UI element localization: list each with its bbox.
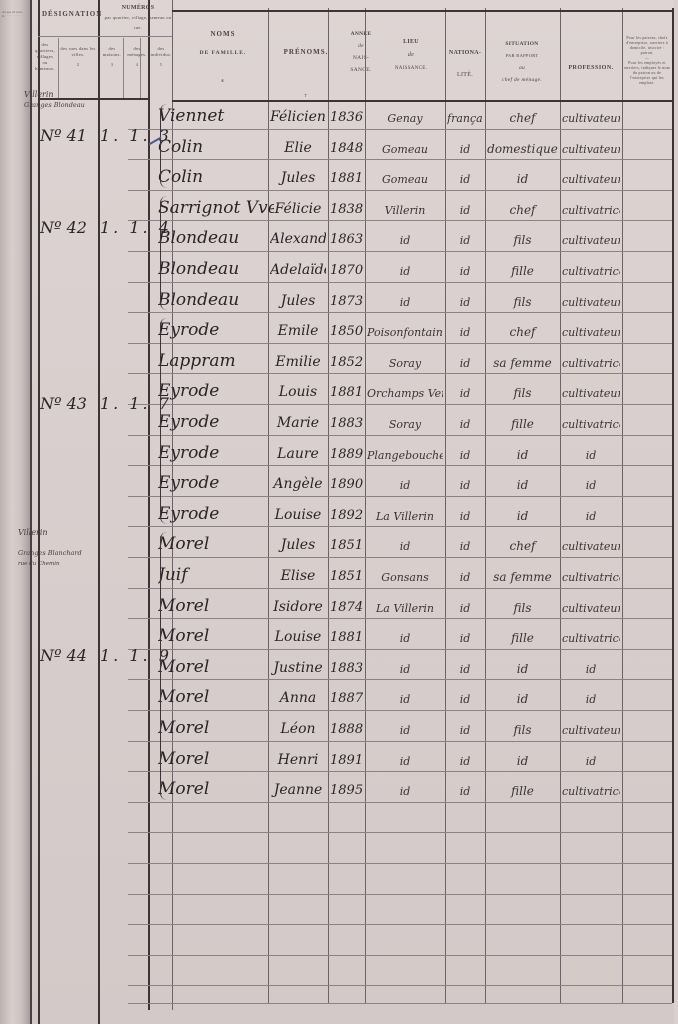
- household-relation: fils: [487, 233, 558, 247]
- surname: Viennet: [158, 106, 274, 126]
- household-relation: sa femme: [487, 570, 558, 584]
- household-relation: fils: [487, 386, 558, 400]
- row-rule: [128, 863, 672, 864]
- household-relation: domestique: [487, 142, 558, 156]
- birth-year: 1870: [330, 263, 363, 278]
- nationality: id: [447, 479, 483, 492]
- nationality: id: [447, 387, 483, 400]
- nationality: id: [447, 602, 483, 615]
- birthplace: Poisonfontaine: [367, 326, 443, 339]
- header-situation: SITUATIONPAR RAPPORTauchef de ménage.: [485, 38, 559, 86]
- first-name: Jules: [270, 170, 326, 186]
- profession: cultivatrice: [562, 357, 620, 370]
- row-rule: [128, 526, 672, 527]
- column-number: 5: [150, 62, 172, 68]
- nationality: id: [447, 265, 483, 278]
- first-name: Félicie: [270, 201, 326, 217]
- first-name: Louise: [270, 629, 326, 645]
- surname: Colin: [158, 137, 274, 157]
- birth-year: 1895: [330, 783, 363, 798]
- profession: cultivateur: [562, 234, 620, 247]
- birthplace: Gomeau: [367, 173, 443, 186]
- first-name: Isidore: [270, 599, 326, 615]
- header-individus-label: des individus.: [151, 46, 172, 57]
- header-prenoms: PRÉNOMS.7: [268, 48, 344, 100]
- first-name: Léon: [270, 721, 326, 737]
- household-relation: fils: [487, 723, 558, 737]
- household-relation: chef: [487, 325, 558, 339]
- nationality: id: [447, 204, 483, 217]
- header-lieu-sub2: NAISSANCE.: [395, 66, 427, 71]
- row-rule: [128, 771, 672, 772]
- nationality: id: [447, 693, 483, 706]
- birthplace: id: [367, 785, 443, 798]
- nationality: id: [447, 663, 483, 676]
- birthplace: id: [367, 663, 443, 676]
- nationality: id: [447, 357, 483, 370]
- household-relation: sa femme: [487, 356, 558, 370]
- birth-year: 1888: [330, 722, 363, 737]
- column-number: 2: [60, 62, 96, 68]
- header-designation-rues: des rues dans les villes.2: [60, 46, 96, 68]
- household-bracket: [160, 318, 167, 524]
- household-relation: chef: [487, 203, 558, 217]
- surname: Morel: [158, 718, 274, 738]
- profession: id: [562, 479, 620, 492]
- row-rule: [128, 985, 672, 986]
- locality-note-villerin-2: VillerinGranges Blanchardrue du Chemin: [18, 528, 82, 569]
- profession: cultivateur: [562, 602, 620, 615]
- header-designation: DÉSIGNATION: [42, 10, 102, 19]
- first-name: Félicien: [270, 109, 326, 125]
- column-number: 4: [125, 62, 149, 68]
- household-relation: id: [487, 448, 558, 462]
- household-relation: chef: [487, 539, 558, 553]
- birthplace: id: [367, 755, 443, 768]
- first-name: Louis: [270, 384, 326, 400]
- header-situation-title: SITUATION: [505, 41, 538, 47]
- row-rule: [128, 1003, 672, 1004]
- birth-year: 1873: [330, 294, 363, 309]
- surname: Eyrode: [158, 504, 274, 524]
- birthplace: Gomeau: [367, 143, 443, 156]
- first-name: Emile: [270, 323, 326, 339]
- first-name: Angèle: [270, 476, 326, 492]
- surname: Morel: [158, 779, 274, 799]
- household-bracket: [160, 196, 167, 310]
- row-rule: [128, 588, 672, 589]
- header-individus: des individus.5: [150, 46, 172, 68]
- header-patrons-note: Pour les patrons, chefs d'entreprise, ou…: [624, 36, 670, 86]
- nationality: id: [447, 326, 483, 339]
- header-menages: des ménages.4: [125, 46, 149, 68]
- first-name: Marie: [270, 415, 326, 431]
- surname: Morel: [158, 657, 274, 677]
- locality-sub: Granges Blanchard: [18, 549, 82, 557]
- surname: Eyrode: [158, 381, 274, 401]
- header-situation-sub3: chef de ménage.: [502, 77, 542, 83]
- column-number: 3: [100, 62, 124, 68]
- profession: cultivateur: [562, 724, 620, 737]
- first-name: Justine: [270, 660, 326, 676]
- row-rule: [128, 955, 672, 956]
- birth-year: 1874: [330, 600, 363, 615]
- row-rule: [128, 373, 672, 374]
- birthplace: id: [367, 724, 443, 737]
- birth-year: 1851: [330, 569, 363, 584]
- census-register-page: DÉSIGNATION des quartiers, villages ou h…: [32, 0, 674, 1024]
- household-bracket: [160, 104, 167, 188]
- row-rule: [172, 100, 672, 102]
- profession: cultivateur: [562, 540, 620, 553]
- row-rule: [128, 404, 672, 405]
- household-relation: fille: [487, 631, 558, 645]
- birth-year: 1883: [330, 416, 363, 431]
- profession: cultivatrice: [562, 418, 620, 431]
- row-rule: [128, 435, 672, 436]
- locality-sub: Granges Blondeau: [24, 101, 85, 109]
- header-menages-label: des ménages.: [127, 46, 146, 57]
- household-relation: id: [487, 172, 558, 186]
- nationality: id: [447, 510, 483, 523]
- first-name: Anna: [270, 690, 326, 706]
- column-rule: [140, 38, 141, 100]
- header-maisons: des maisons.3: [100, 46, 124, 68]
- header-noms-label: NOMS: [211, 30, 236, 38]
- household-relation: fille: [487, 417, 558, 431]
- household-relation: id: [487, 478, 558, 492]
- surname: Morel: [158, 687, 274, 707]
- household-relation: id: [487, 754, 558, 768]
- row-rule: [128, 924, 672, 925]
- birth-year: 1848: [330, 141, 363, 156]
- surname: Colin: [158, 167, 274, 187]
- column-rule: [58, 38, 59, 100]
- row-rule: [38, 36, 172, 37]
- birthplace: Genay: [367, 112, 443, 125]
- row-rule: [128, 741, 672, 742]
- profession: cultivateur: [562, 326, 620, 339]
- column-rule: [485, 8, 486, 1003]
- column-rule: [328, 8, 329, 1003]
- birthplace: Plangebouche: [367, 449, 443, 462]
- household-relation: fils: [487, 295, 558, 309]
- first-name: Adelaïde: [270, 262, 326, 278]
- row-rule: [128, 496, 672, 497]
- header-nationalite: NATIONA-LITÉ.: [445, 42, 485, 86]
- birth-year: 1881: [330, 630, 363, 645]
- birthplace: Orchamps Vennes: [367, 387, 443, 400]
- birthplace: id: [367, 540, 443, 553]
- first-name: Jeanne: [270, 782, 326, 798]
- row-rule: [128, 557, 672, 558]
- birth-year: 1881: [330, 171, 363, 186]
- surname: Eyrode: [158, 473, 274, 493]
- birth-year: 1890: [330, 477, 363, 492]
- birth-year: 1881: [330, 385, 363, 400]
- surname: Juif: [158, 565, 274, 585]
- first-name: Elise: [270, 568, 326, 584]
- header-nationalite-title: NATIONA-: [449, 50, 481, 56]
- first-name: Jules: [270, 537, 326, 553]
- nationality: id: [447, 724, 483, 737]
- birth-year: 1891: [330, 753, 363, 768]
- header-noms-sub: DE FAMILLE.: [200, 50, 247, 56]
- surname: Eyrode: [158, 320, 274, 340]
- header-annee-sub2: NAIS-: [353, 55, 369, 61]
- nationality: id: [447, 173, 483, 186]
- surname: Blondeau: [158, 259, 274, 279]
- surname: Blondeau: [158, 290, 274, 310]
- header-profession: PROFESSION.: [560, 64, 622, 73]
- birthplace: Gonsans: [367, 571, 443, 584]
- household-relation: fils: [487, 601, 558, 615]
- household-relation: id: [487, 692, 558, 706]
- birth-year: 1887: [330, 691, 363, 706]
- header-annee: ANNÉEdeNAIS-SANCE.: [345, 28, 377, 76]
- household-number: Nº 42: [40, 218, 87, 237]
- header-maisons-label: des maisons.: [103, 46, 121, 57]
- profession: cultivatrice: [562, 265, 620, 278]
- row-rule: [128, 649, 672, 650]
- header-numeros-sub: par quartier, village, hameau ou rue.: [105, 15, 172, 30]
- row-rule: [128, 129, 672, 130]
- household-relation: fille: [487, 264, 558, 278]
- birthplace: id: [367, 693, 443, 706]
- nationality: id: [447, 755, 483, 768]
- book-binding-edge: des qua vil ou ham · · · · · · · · · ·: [0, 0, 32, 1024]
- row-rule: [128, 832, 672, 833]
- first-name: Emilie: [270, 354, 326, 370]
- household-relation: id: [487, 662, 558, 676]
- household-relation: chef: [487, 111, 558, 125]
- birth-year: 1863: [330, 232, 363, 247]
- birthplace: id: [367, 632, 443, 645]
- surname: Morel: [158, 626, 274, 646]
- row-rule: [128, 343, 672, 344]
- nationality: id: [447, 785, 483, 798]
- profession: cultivateur: [562, 387, 620, 400]
- birth-year: 1892: [330, 508, 363, 523]
- first-name: Laure: [270, 446, 326, 462]
- birthplace: Soray: [367, 357, 443, 370]
- column-number: 7: [268, 91, 344, 100]
- header-numeros: NUMÉROSpar quartier, village, hameau ou …: [100, 4, 176, 33]
- birth-year: 1889: [330, 447, 363, 462]
- header-nationalite-sub: LITÉ.: [457, 72, 473, 78]
- surname: Morel: [158, 749, 274, 769]
- birthplace: id: [367, 479, 443, 492]
- surname: Blondeau: [158, 228, 274, 248]
- column-rule: [445, 8, 446, 1003]
- row-rule: [128, 312, 672, 313]
- household-number: Nº 44: [40, 646, 87, 665]
- column-number: 6: [180, 76, 266, 85]
- household-bracket: [160, 532, 167, 799]
- surname: Morel: [158, 534, 274, 554]
- profession: cultivateur: [562, 296, 620, 309]
- header-prenoms-label: PRÉNOMS.: [284, 48, 329, 56]
- column-rule: [622, 8, 623, 1003]
- column-rule: [123, 38, 124, 100]
- profession: cultivatrice: [562, 571, 620, 584]
- profession: id: [562, 755, 620, 768]
- surname: Morel: [158, 596, 274, 616]
- header-noms: NOMSDE FAMILLE.6: [180, 30, 266, 85]
- nationality: id: [447, 418, 483, 431]
- column-rule: [38, 0, 40, 1024]
- column-rule: [365, 8, 366, 1003]
- nationality: id: [447, 540, 483, 553]
- header-annee-sub3: SANCE.: [350, 67, 371, 73]
- surname: Sarrignot Vve: [158, 198, 274, 218]
- profession: cultivateur: [562, 143, 620, 156]
- header-lieu: LIEUdeNAISSANCE.: [378, 36, 444, 75]
- row-rule: [128, 894, 672, 895]
- profession: cultivateur: [562, 173, 620, 186]
- employes-note-text: Pour les employés et ouvriers, indiquer …: [624, 61, 670, 85]
- birth-year: 1836: [330, 110, 363, 125]
- locality-note-villerin-1: VillerinGranges Blondeau: [24, 90, 85, 110]
- column-rule: [148, 0, 150, 1010]
- nationality: id: [447, 143, 483, 156]
- column-rule: [672, 8, 674, 1003]
- locality-name: Villerin: [18, 528, 48, 537]
- birthplace: Soray: [367, 418, 443, 431]
- row-rule: [128, 802, 672, 803]
- header-situation-sub1: PAR RAPPORT: [506, 53, 539, 58]
- household-number: Nº 43: [40, 394, 87, 413]
- surname: Eyrode: [158, 412, 274, 432]
- row-rule: [38, 98, 148, 100]
- first-name: Louise: [270, 507, 326, 523]
- birth-year: 1883: [330, 661, 363, 676]
- profession: cultivateur: [562, 112, 620, 125]
- birth-year: 1851: [330, 538, 363, 553]
- birthplace: id: [367, 296, 443, 309]
- household-relation: id: [487, 509, 558, 523]
- profession: id: [562, 449, 620, 462]
- birth-year: 1850: [330, 324, 363, 339]
- profession: cultivatrice: [562, 785, 620, 798]
- nationality: id: [447, 632, 483, 645]
- profession: cultivatrice: [562, 204, 620, 217]
- row-rule: [128, 159, 672, 160]
- row-rule: [128, 282, 672, 283]
- nationality: français: [447, 112, 483, 125]
- row-rule: [128, 465, 672, 466]
- household-number: Nº 41: [40, 126, 87, 145]
- first-name: Jules: [270, 293, 326, 309]
- header-designation-rues-label: des rues dans les villes.: [60, 46, 95, 57]
- birthplace: Villerin: [367, 204, 443, 217]
- header-lieu-sub1: de: [408, 52, 414, 58]
- patrons-note-text: Pour les patrons, chefs d'entreprise, ou…: [626, 36, 668, 55]
- row-rule: [128, 679, 672, 680]
- nationality: id: [447, 571, 483, 584]
- column-rule: [560, 8, 561, 1003]
- birth-year: 1838: [330, 202, 363, 217]
- birthplace: id: [367, 265, 443, 278]
- household-relation: fille: [487, 784, 558, 798]
- previous-page-text-fragment: des qua vil ou ham · · · · · · · · · ·: [2, 10, 24, 18]
- surname: Eyrode: [158, 443, 274, 463]
- profession: id: [562, 693, 620, 706]
- row-rule: [128, 618, 672, 619]
- first-name: Alexandre: [270, 231, 326, 247]
- nationality: id: [447, 449, 483, 462]
- nationality: id: [447, 296, 483, 309]
- first-name: Henri: [270, 752, 326, 768]
- header-lieu-title: LIEU: [403, 39, 419, 45]
- profession: id: [562, 510, 620, 523]
- header-situation-sub2: au: [519, 65, 525, 71]
- birthplace: id: [367, 234, 443, 247]
- row-rule: [128, 190, 672, 191]
- row-rule: [128, 710, 672, 711]
- header-annee-title: ANNÉE: [351, 31, 372, 37]
- row-rule: [128, 251, 672, 252]
- profession: id: [562, 663, 620, 676]
- nationality: id: [447, 234, 483, 247]
- column-rule: [98, 0, 100, 1024]
- birth-year: 1852: [330, 355, 363, 370]
- profession: cultivatrice: [562, 632, 620, 645]
- birthplace: La Villerin: [367, 510, 443, 523]
- birthplace: La Villerin: [367, 602, 443, 615]
- surname: Lappram: [158, 351, 274, 371]
- row-rule: [128, 220, 672, 221]
- first-name: Elie: [270, 140, 326, 156]
- header-annee-sub1: de: [358, 43, 364, 49]
- row-rule: [172, 10, 672, 12]
